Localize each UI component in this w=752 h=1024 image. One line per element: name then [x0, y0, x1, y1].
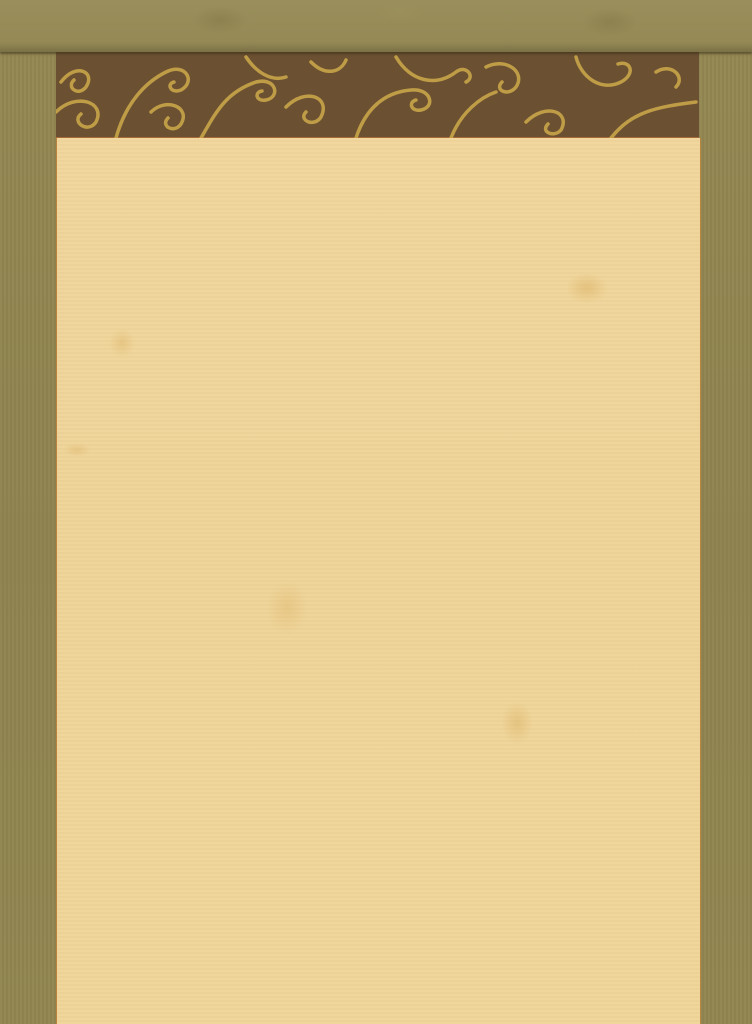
brocade-arabesque-band [56, 52, 699, 138]
scroll-top-mount [0, 0, 752, 52]
scroll-right-mount [700, 52, 752, 1024]
scroll-left-mount [0, 52, 57, 1024]
arabesque-scroll-icon [56, 52, 699, 138]
blank-silk-panel [57, 138, 700, 1024]
